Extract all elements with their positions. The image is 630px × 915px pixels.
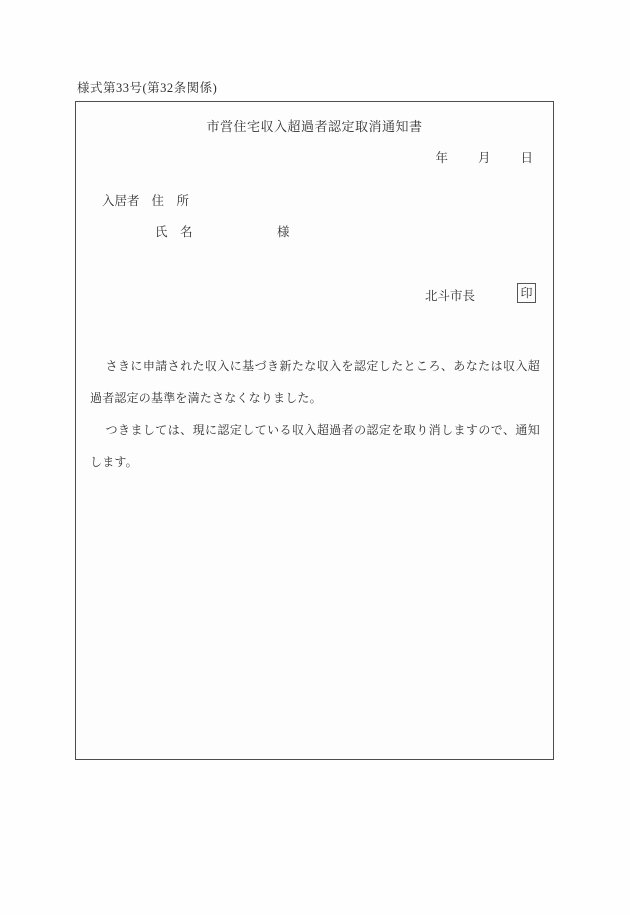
recipient-name-label: 氏 名 <box>155 222 193 240</box>
body-text: さきに申請された収入に基づき新たな収入を認定したところ、あなたは収入超過者認定の… <box>76 350 553 478</box>
form-number-label: 様式第33号(第32条関係) <box>77 78 217 96</box>
recipient-label: 入居者 <box>102 191 140 209</box>
recipient-address-row: 入居者 住 所 <box>102 191 189 209</box>
document-title: 市営住宅収入超過者認定取消通知書 <box>76 116 553 135</box>
date-line: 年 月 日 <box>435 148 533 166</box>
document-page: 様式第33号(第32条関係) 市営住宅収入超過者認定取消通知書 年 月 日 入居… <box>0 0 630 915</box>
date-month-label: 月 <box>478 148 491 166</box>
document-frame: 市営住宅収入超過者認定取消通知書 年 月 日 入居者 住 所 氏 名 様 北斗市… <box>75 101 554 760</box>
body-paragraph-1: さきに申請された収入に基づき新たな収入を認定したところ、あなたは収入超過者認定の… <box>90 350 540 414</box>
seal-placeholder: 印 <box>517 283 536 303</box>
sender-name: 北斗市長 <box>425 286 475 304</box>
date-year-label: 年 <box>435 148 448 166</box>
body-paragraph-2: つきましては、現に認定している収入超過者の認定を取り消しますので、通知します。 <box>90 414 540 478</box>
recipient-address-label: 住 所 <box>152 191 190 209</box>
date-day-label: 日 <box>520 148 533 166</box>
recipient-honorific: 様 <box>277 222 290 240</box>
